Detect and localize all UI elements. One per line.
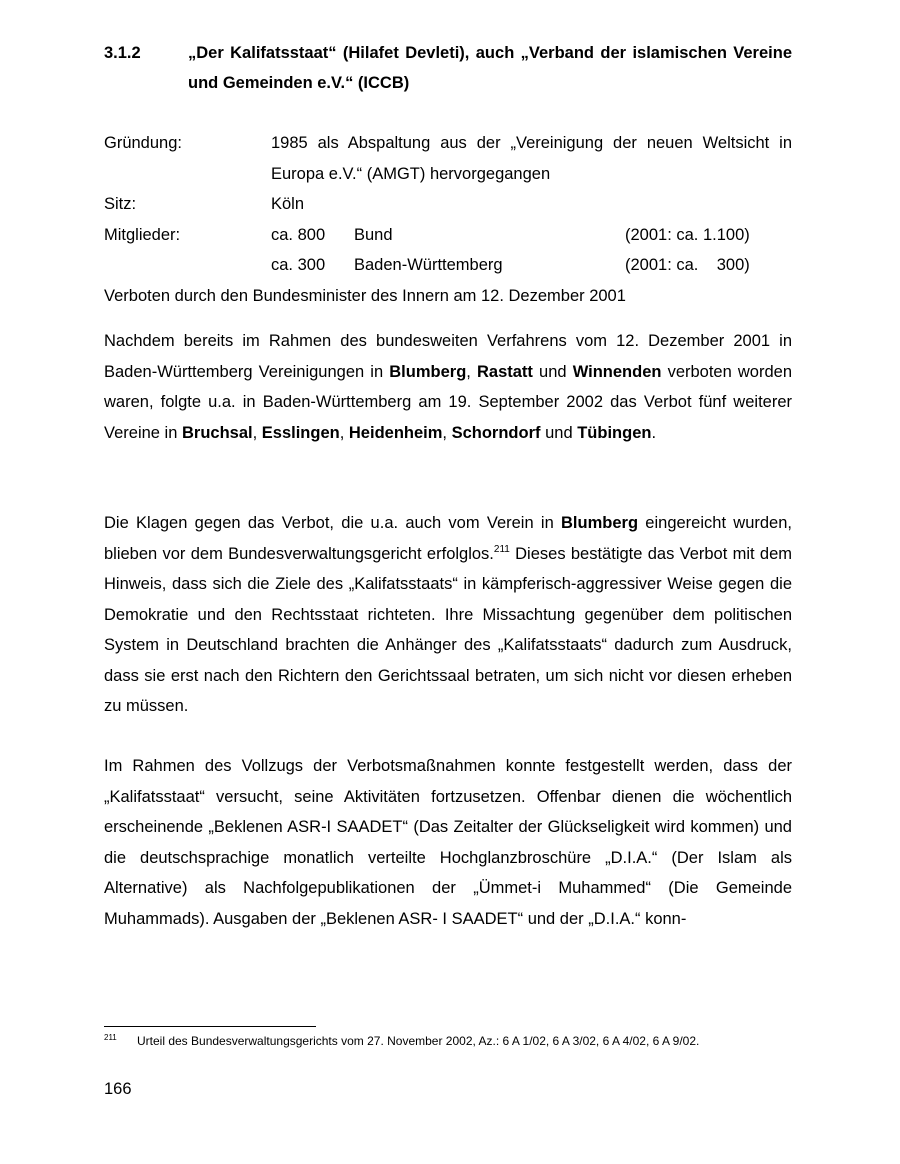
section-title: „Der Kalifatsstaat“ (Hilafet Devleti), a… xyxy=(188,38,792,98)
paragraph-3: Im Rahmen des Vollzugs der Verbotsmaßnah… xyxy=(104,751,792,934)
label-sitz: Sitz: xyxy=(104,189,136,220)
paragraph-1: Nachdem bereits im Rahmen des bundesweit… xyxy=(104,326,792,448)
member-count: ca. 800 xyxy=(271,220,325,251)
place-name: Winnenden xyxy=(573,363,662,381)
text: , xyxy=(442,424,451,442)
info-row-gruendung: Gründung: 1985 als Abspaltung aus der „V… xyxy=(104,128,792,159)
text: Dieses bestätigte das Verbot mit dem Hin… xyxy=(104,545,792,716)
info-row-mitglieder-bw: ca. 300 Baden-Württemberg (2001: ca. 300… xyxy=(104,250,792,281)
place-name: Blumberg xyxy=(561,514,638,532)
info-row-verbot: Verboten durch den Bundesminister des In… xyxy=(104,281,792,312)
text: , xyxy=(466,363,477,381)
text: und xyxy=(541,424,578,442)
label-mitglieder: Mitglieder: xyxy=(104,220,180,251)
place-name: Esslingen xyxy=(262,424,340,442)
section-number: 3.1.2 xyxy=(104,38,141,68)
verbot-text: Verboten durch den Bundesminister des In… xyxy=(104,281,626,312)
organization-info: Gründung: 1985 als Abspaltung aus der „V… xyxy=(104,128,792,311)
text: und xyxy=(533,363,573,381)
place-name: Tübin­gen xyxy=(577,424,651,442)
place-name: Heidenheim xyxy=(349,424,443,442)
place-name: Schorndorf xyxy=(452,424,541,442)
paragraph-2: Die Klagen gegen das Verbot, die u.a. au… xyxy=(104,508,792,722)
member-count: ca. 300 xyxy=(271,250,325,281)
page-number: 166 xyxy=(104,1080,132,1099)
footnote-number: 211 xyxy=(104,1030,117,1046)
footnote-separator xyxy=(104,1026,316,1027)
value-sitz: Köln xyxy=(271,189,304,220)
label-gruendung: Gründung: xyxy=(104,128,182,159)
footnote-text: Urteil des Bundesverwaltungsgerichts vom… xyxy=(137,1033,699,1049)
footnote-reference[interactable]: 211 xyxy=(494,544,510,555)
member-previous: (2001: ca. 300) xyxy=(625,250,750,281)
text: Die Klagen gegen das Verbot, die u.a. au… xyxy=(104,514,561,532)
info-row-spacer xyxy=(104,159,792,190)
place-name: Bruchsal xyxy=(182,424,253,442)
member-scope: Baden-Württemberg xyxy=(354,250,503,281)
place-name: Blumberg xyxy=(389,363,466,381)
info-row-sitz: Sitz: Köln xyxy=(104,189,792,220)
text: . xyxy=(651,424,656,442)
member-scope: Bund xyxy=(354,220,393,251)
text: , xyxy=(340,424,349,442)
member-previous: (2001: ca. 1.100) xyxy=(625,220,750,251)
text: , xyxy=(253,424,262,442)
place-name: Rastatt xyxy=(477,363,533,381)
info-row-mitglieder-bund: Mitglieder: ca. 800 Bund (2001: ca. 1.10… xyxy=(104,220,792,251)
